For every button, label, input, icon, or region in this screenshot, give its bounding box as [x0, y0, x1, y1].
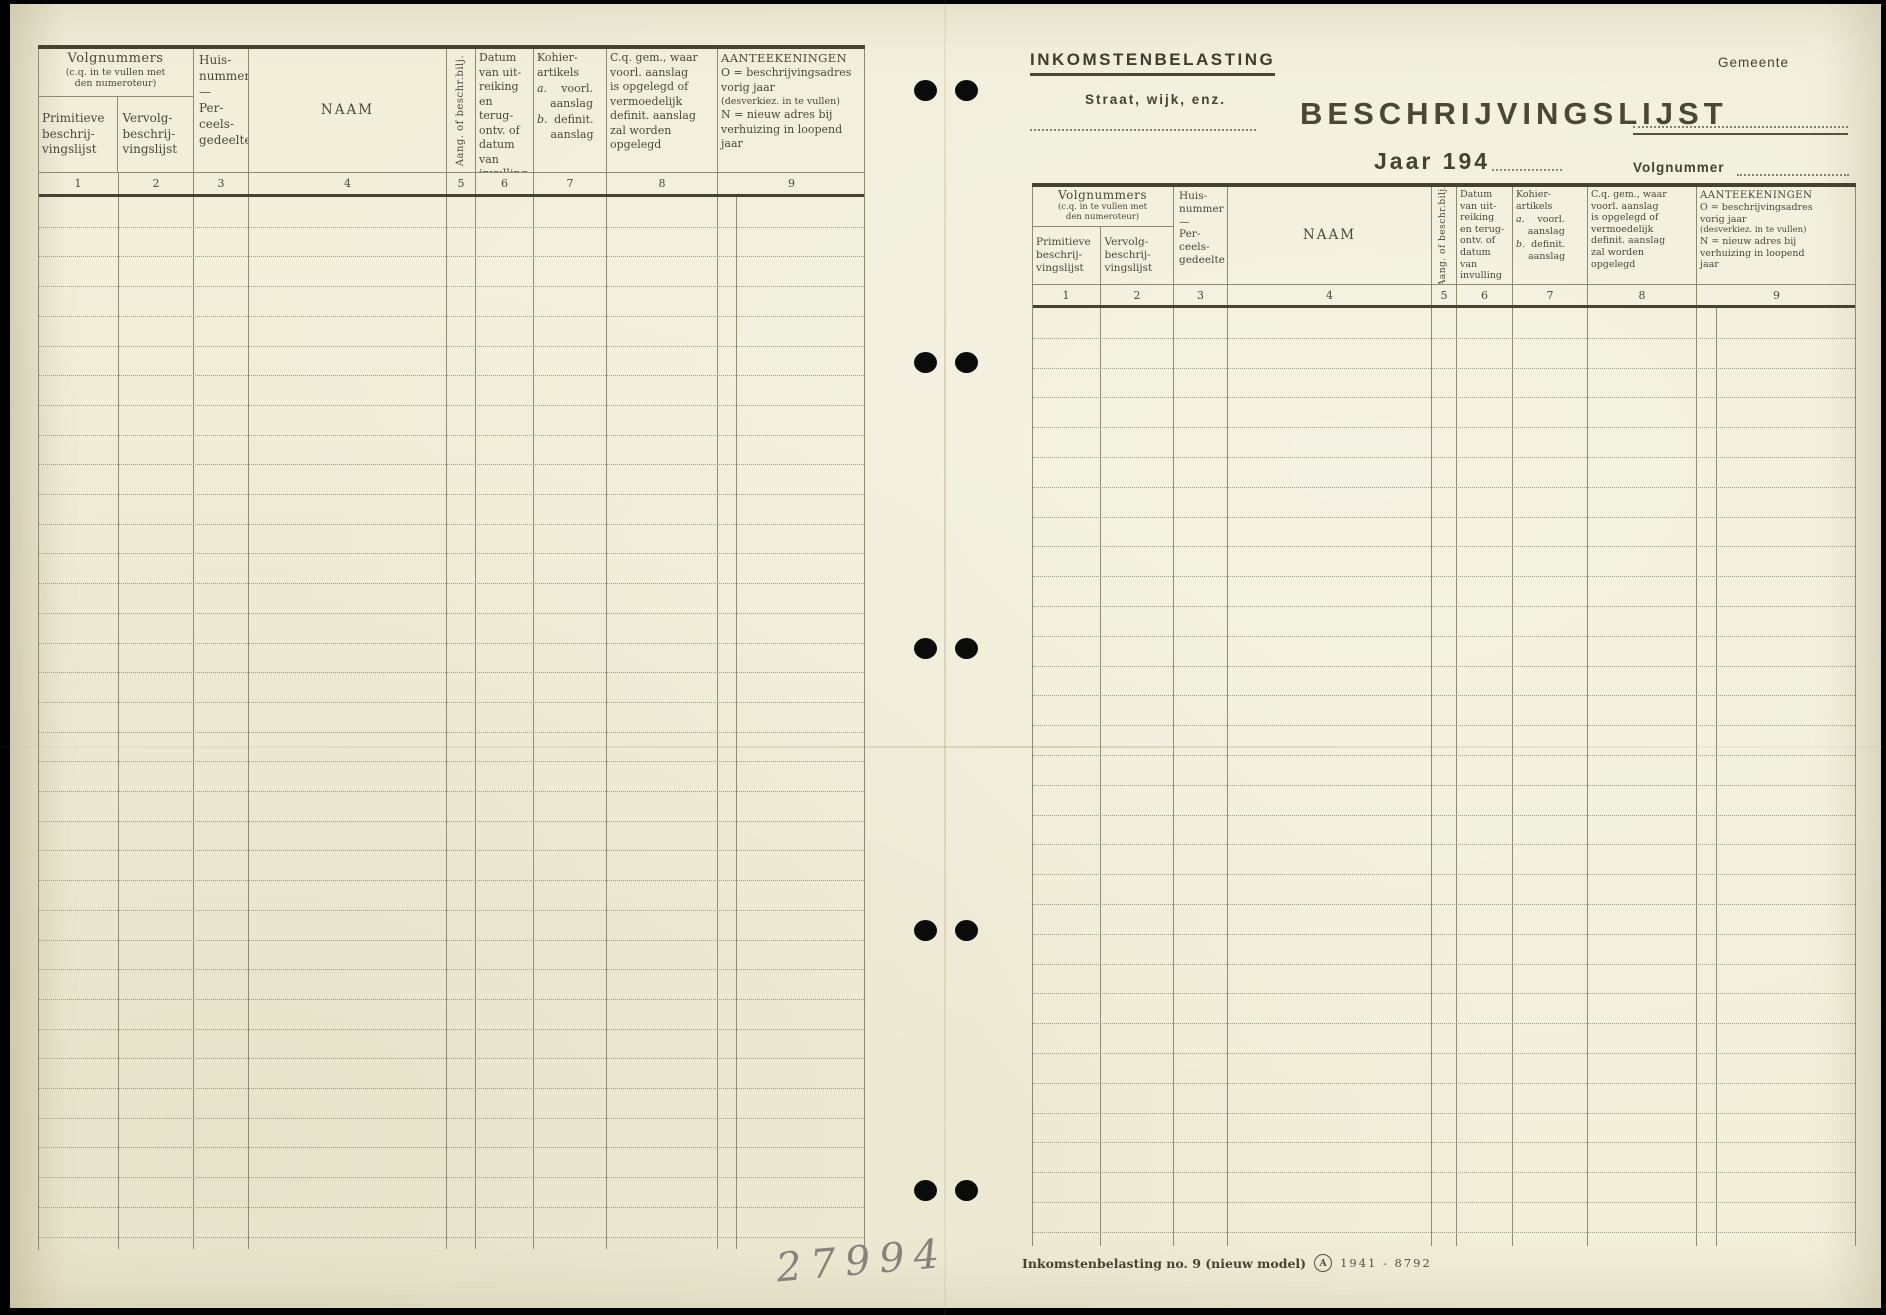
col-huisnummer-header: Huis- nummer — Per- ceels- gedeelte — [1174, 187, 1228, 284]
aanteekeningen-title: AANTEEKENINGEN — [721, 51, 862, 66]
col-kohier-header: Kohier- artikels a.voorl. aanslag b.defi… — [1513, 187, 1588, 284]
column-number: 6 — [476, 173, 534, 194]
column-number: 3 — [194, 173, 249, 194]
street-label: Straat, wijk, enz. — [1085, 92, 1226, 107]
binder-hole — [914, 920, 937, 941]
naam-label: NAAM — [1303, 230, 1356, 242]
imprint-line: Inkomstenbelasting no. 9 (nieuw model) A… — [1022, 1254, 1432, 1272]
binder-hole — [914, 352, 937, 373]
inkomstenbelasting-label: INKOMSTENBELASTING — [1030, 50, 1275, 76]
printer-mark-icon: A — [1314, 1254, 1332, 1272]
column-number: 2 — [119, 173, 194, 194]
aang-label: Aang. of beschr.bilj. — [1438, 187, 1450, 284]
aanteekeningen-note: (desverkiez. in te vullen) — [721, 95, 862, 108]
binder-hole — [955, 80, 978, 101]
column-number: 7 — [534, 173, 607, 194]
volgnummer-label: Volgnummer — [1633, 160, 1725, 175]
col-primitieve-header: Primitieve beschrij- vingslijst — [1032, 227, 1101, 284]
binder-hole — [914, 80, 937, 101]
aanteekeningen-title: AANTEEKENINGEN — [1700, 189, 1853, 202]
col-aanteekeningen-header: AANTEEKENINGEN O = beschrijvingsadres vo… — [1697, 187, 1856, 284]
col-huisnummer-header: Huis- nummer — Per- ceels- gedeelte — [194, 49, 249, 172]
col-aanteekeningen-header: AANTEEKENINGEN O = beschrijvingsadres vo… — [718, 49, 865, 172]
col-volgnummers-header: Volgnummers (c.q. in te vullen met den n… — [1032, 187, 1174, 284]
kohier-b-label: b. — [1516, 239, 1525, 250]
volgnummers-title: Volgnummers — [1032, 190, 1173, 202]
col-aang-header: Aang. of beschr.bilj. — [1432, 187, 1457, 284]
kohier-b-label: b. — [537, 113, 548, 126]
year-label: Jaar 194 — [1374, 148, 1490, 175]
col-cqgem-header: C.q. gem., waar voorl. aanslag is opgele… — [1588, 187, 1697, 284]
kohier-b-text: definit. aanslag — [551, 113, 594, 142]
volgnummers-note: (c.q. in te vullen met den numeroteur) — [1032, 202, 1173, 222]
volgnummer-fill-line — [1737, 174, 1849, 176]
aanteekeningen-o: O = beschrijvingsadres vorig jaar — [721, 66, 862, 95]
col-cqgem-header: C.q. gem., waar voorl. aanslag is opgele… — [607, 49, 718, 172]
column-number: 6 — [1457, 285, 1513, 305]
column-number: 5 — [447, 173, 476, 194]
column-number: 4 — [1228, 285, 1432, 305]
aanteekeningen-note: (desverkiez. in te vullen) — [1700, 225, 1853, 236]
volgnummers-note: (c.q. in te vullen met den numeroteur) — [38, 67, 193, 89]
col-volgnummers-header: Volgnummers (c.q. in te vullen met den n… — [38, 49, 194, 172]
col-primitieve-header: Primitieve beschrij- vingslijst — [38, 97, 118, 172]
imprint-text: Inkomstenbelasting no. 9 (nieuw model) — [1022, 1256, 1306, 1271]
column-number: 1 — [1032, 285, 1101, 305]
col-datum-header: Datum van uit- reiking en terug- ontv. o… — [476, 49, 534, 172]
column-number: 9 — [718, 173, 865, 194]
aang-label: Aang. of beschr.bilj. — [454, 55, 469, 166]
binder-hole — [914, 1180, 937, 1201]
aanteekeningen-n: N = nieuw adres bij verhuizing in loopen… — [1700, 236, 1853, 271]
column-number: 5 — [1432, 285, 1457, 305]
col-kohier-header: Kohier- artikels a.voorl. aanslag b.defi… — [534, 49, 607, 172]
col-datum-header: Datum van uit- reiking en terug- ontv. o… — [1457, 187, 1513, 284]
gemeente-label: Gemeente — [1718, 55, 1789, 70]
kohier-b-text: definit. aanslag — [1528, 239, 1565, 262]
vertical-fold-line — [944, 0, 946, 1315]
street-fill-line — [1030, 129, 1256, 131]
aanteekeningen-n: N = nieuw adres bij verhuizing in loopen… — [721, 108, 862, 152]
year-fill-line — [1492, 169, 1562, 171]
binder-hole — [955, 1180, 978, 1201]
table-body-left — [38, 197, 865, 1249]
column-number: 8 — [1588, 285, 1697, 305]
binder-hole — [955, 920, 978, 941]
binder-hole — [955, 352, 978, 373]
aanteekeningen-o: O = beschrijvingsadres vorig jaar — [1700, 202, 1853, 225]
column-number: 8 — [607, 173, 718, 194]
volgnummers-title: Volgnummers — [38, 52, 193, 67]
page-title: BESCHRIJVINGSLIJST — [1300, 96, 1728, 132]
table-header-right: Volgnummers (c.q. in te vullen met den n… — [1032, 187, 1856, 284]
col-naam-header: NAAM — [1228, 187, 1432, 284]
beschrijvingslijst-table-left: Volgnummers (c.q. in te vullen met den n… — [38, 45, 865, 1250]
col-naam-header: NAAM — [249, 49, 447, 172]
column-numbers-row-left: 1 2 3 4 5 6 7 8 9 — [38, 172, 865, 197]
column-number: 3 — [1174, 285, 1228, 305]
col-vervolg-header: Vervolg- beschrij- vingslijst — [1101, 227, 1173, 284]
kohier-a-text: voorl. aanslag — [550, 82, 593, 111]
naam-label: NAAM — [321, 103, 374, 118]
column-numbers-row-right: 1 2 3 4 5 6 7 8 9 — [1032, 284, 1856, 308]
print-code: 1941 - 8792 — [1340, 1256, 1432, 1270]
kohier-a-label: a. — [537, 82, 547, 95]
table-body-right — [1032, 308, 1856, 1246]
table-header-left: Volgnummers (c.q. in te vullen met den n… — [38, 49, 865, 172]
kohier-a-text: voorl. aanslag — [1528, 214, 1565, 237]
kohier-a-label: a. — [1516, 214, 1525, 225]
column-number: 7 — [1513, 285, 1588, 305]
column-number: 1 — [38, 173, 119, 194]
beschrijvingslijst-table-right: Volgnummers (c.q. in te vullen met den n… — [1032, 183, 1856, 1246]
col-aang-header: Aang. of beschr.bilj. — [447, 49, 476, 172]
binder-hole — [955, 638, 978, 659]
binder-hole — [914, 638, 937, 659]
kohier-title: Kohier- artikels — [1516, 189, 1584, 212]
column-number: 4 — [249, 173, 447, 194]
column-number: 2 — [1101, 285, 1174, 305]
col-vervolg-header: Vervolg- beschrij- vingslijst — [118, 97, 193, 172]
kohier-title: Kohier- artikels — [537, 51, 603, 80]
gemeente-rule — [1633, 133, 1848, 135]
column-number: 9 — [1697, 285, 1856, 305]
